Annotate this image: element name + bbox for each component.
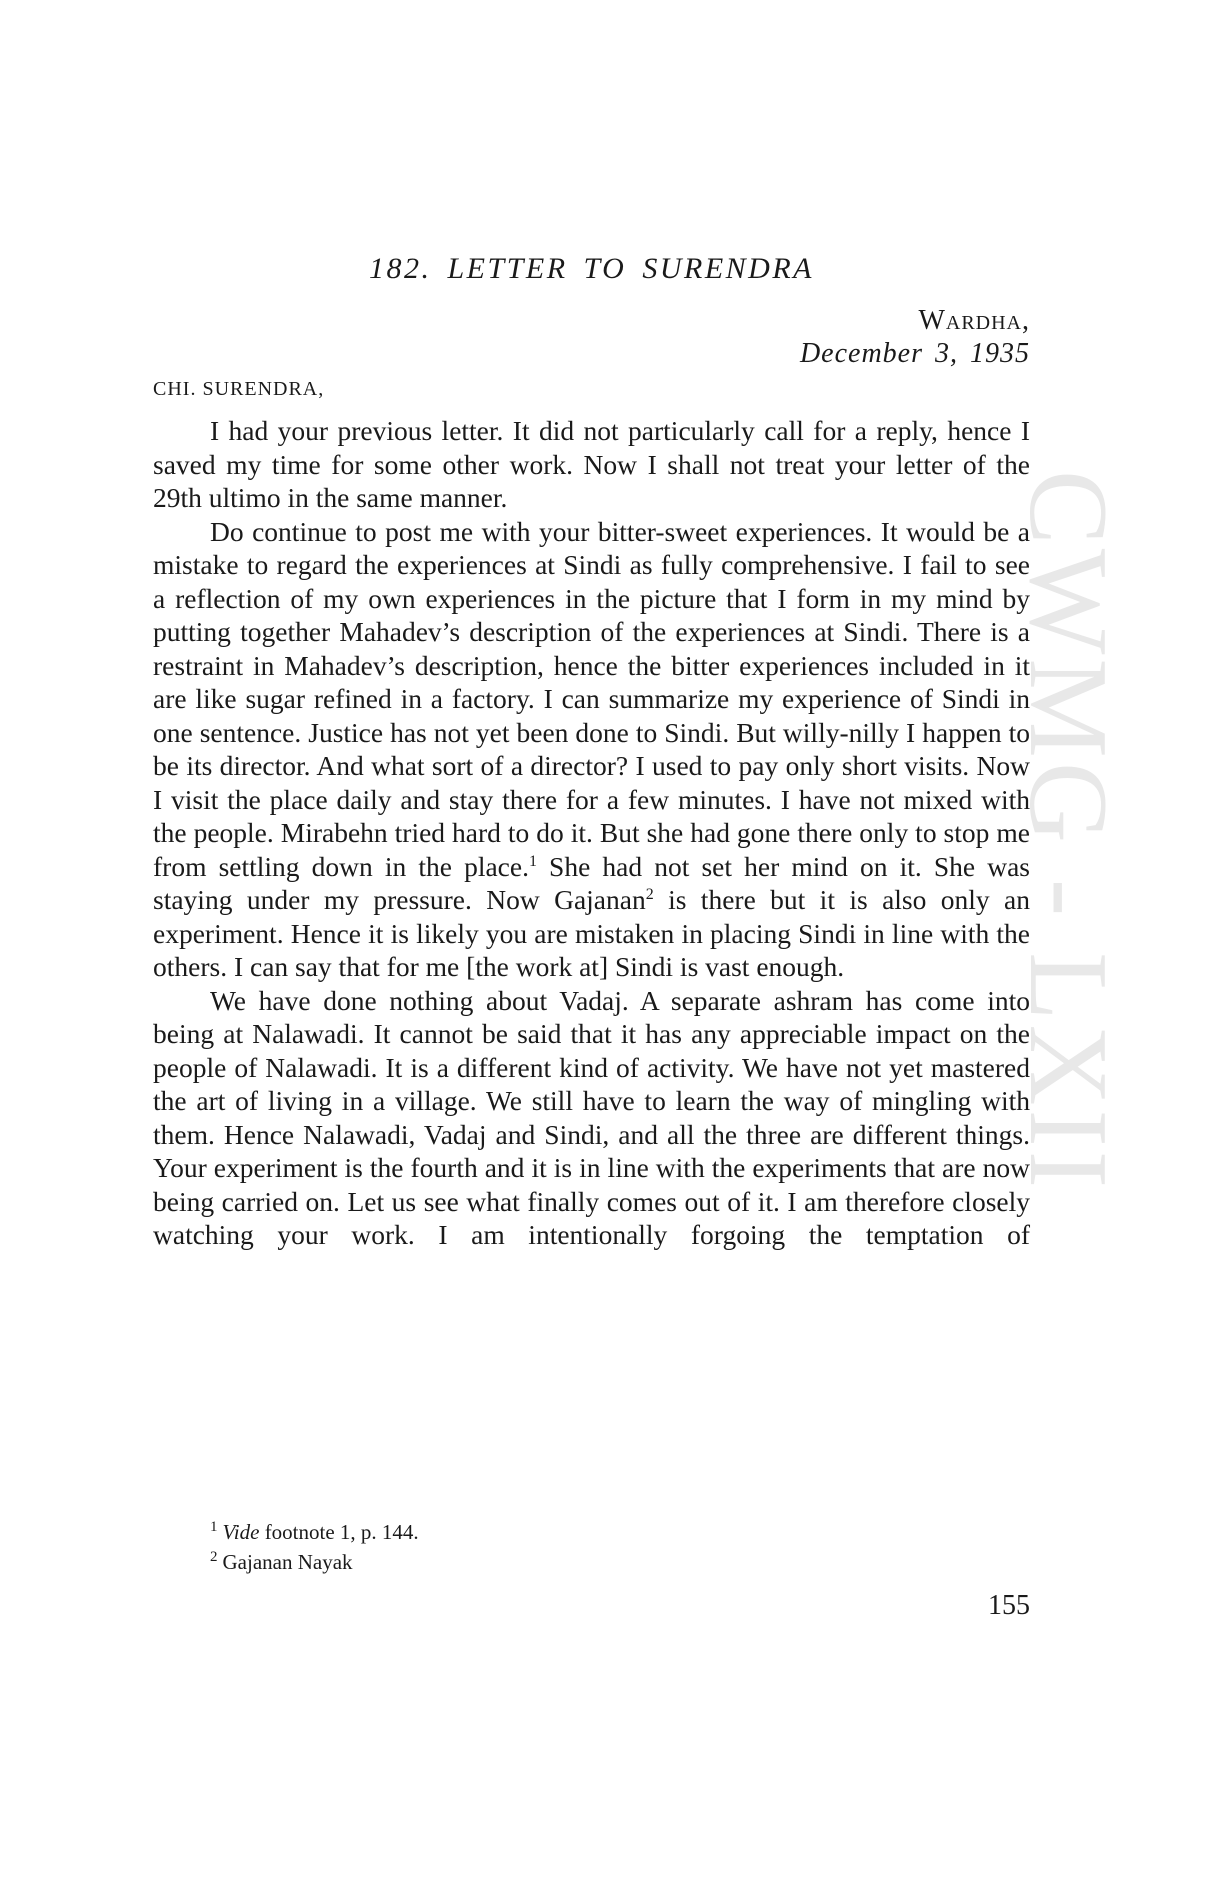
watermark: CWMG - LXII <box>1018 470 1118 1410</box>
footnote-marker: 2 <box>210 1549 218 1565</box>
salutation: Chi. Surendra, <box>153 378 324 401</box>
paragraph-2: Do continue to post me with your bitter-… <box>153 515 1030 984</box>
paragraph-1: I had your previous letter. It did not p… <box>153 414 1030 515</box>
letter-title: 182. LETTER TO SURENDRA <box>153 252 1030 286</box>
footnote-ref-2: 2 <box>646 886 654 903</box>
page-number: 155 <box>988 1590 1030 1622</box>
footnote-1: 1Vide footnote 1, p. 144. <box>210 1517 419 1547</box>
paragraph-3: We have done nothing about Vadaj. A sepa… <box>153 984 1030 1252</box>
footnote-text: Gajanan Nayak <box>223 1550 353 1574</box>
letter-body: I had your previous letter. It did not p… <box>153 414 1030 1252</box>
paragraph-2-text: Do continue to post me with your bitter-… <box>153 516 1030 882</box>
letter-place: Wardha, <box>918 305 1030 337</box>
footnote-ref-1: 1 <box>529 853 537 870</box>
footnote-text: footnote 1, p. 144. <box>259 1520 418 1544</box>
footnote-italic: Vide <box>223 1520 260 1544</box>
footnote-marker: 1 <box>210 1519 218 1535</box>
footnote-2: 2Gajanan Nayak <box>210 1547 419 1577</box>
footnotes: 1Vide footnote 1, p. 144. 2Gajanan Nayak <box>210 1517 419 1577</box>
letter-date: December 3, 1935 <box>800 338 1030 370</box>
